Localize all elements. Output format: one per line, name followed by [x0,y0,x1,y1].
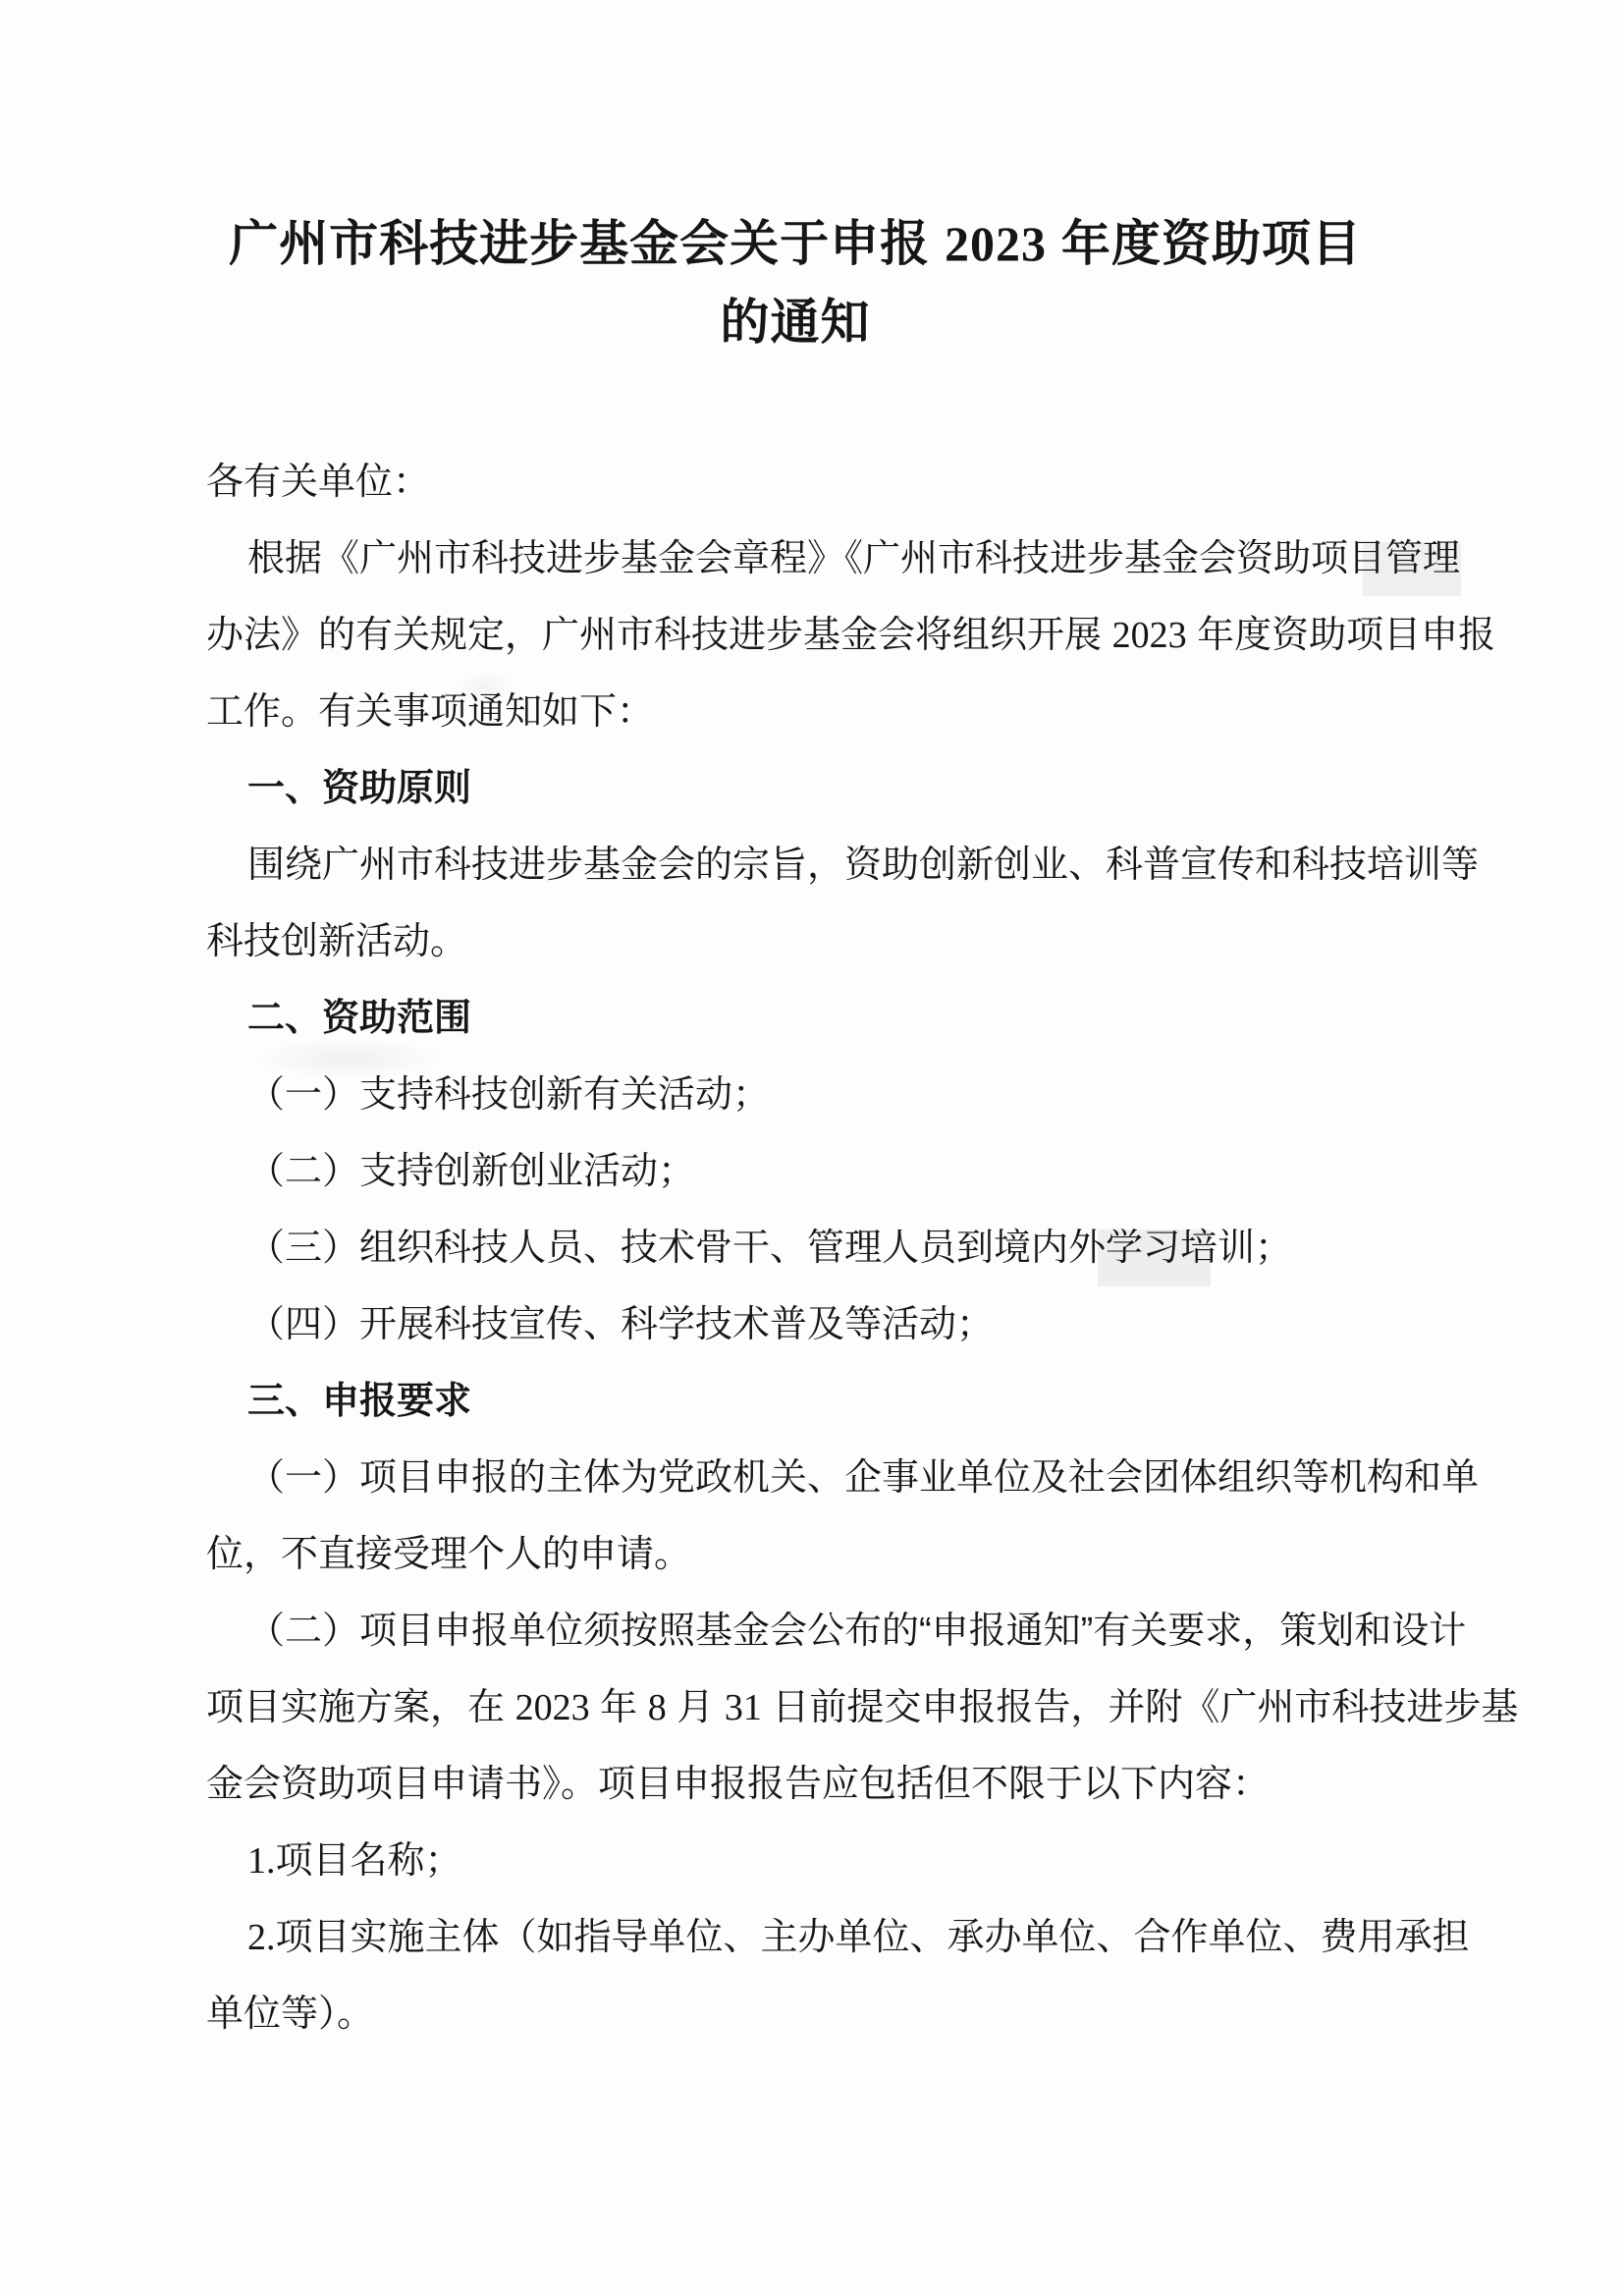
body-line: 根据《广州市科技进步基金会章程》《广州市科技进步基金会资助项目管理 [206,520,1473,597]
numbered-item: 2.项目实施主体（如指导单位、主办单位、承办单位、合作单位、费用承担 [206,1899,1473,1976]
body-line: 工作。有关事项通知如下： [206,674,1473,750]
body-line: 办法》的有关规定，广州市科技进步基金会将组织开展 2023 年度资助项目申报 [206,597,1473,674]
list-item: （一）项目申报的主体为党政机关、企事业单位及社会团体组织等机构和单 [206,1440,1473,1516]
body-line: 科技创新活动。 [206,903,1473,980]
numbered-item: 1.项目名称； [206,1823,1473,1899]
document-page: 广州市科技进步基金会关于申报 2023 年度资助项目 的通知 各有关单位： 根据… [0,0,1623,2296]
section-heading-1: 一、资助原则 [206,750,1473,827]
salutation: 各有关单位： [206,444,1473,520]
section-heading-2: 二、资助范围 [206,980,1473,1057]
section-heading-3: 三、申报要求 [206,1363,1473,1440]
document-title: 广州市科技进步基金会关于申报 2023 年度资助项目 的通知 [88,204,1502,361]
document-body: 各有关单位： 根据《广州市科技进步基金会章程》《广州市科技进步基金会资助项目管理… [206,444,1473,2052]
body-line: 单位等）。 [206,1976,1473,2052]
list-item: （三）组织科技人员、技术骨干、管理人员到境内外学习培训； [206,1210,1473,1286]
list-item: （二）项目申报单位须按照基金会公布的“申报通知”有关要求，策划和设计 [206,1593,1473,1669]
body-line: 位，不直接受理个人的申请。 [206,1516,1473,1593]
title-line-1: 广州市科技进步基金会关于申报 2023 年度资助项目 [88,204,1502,283]
title-line-2: 的通知 [88,283,1502,361]
body-line: 围绕广州市科技进步基金会的宗旨，资助创新创业、科普宣传和科技培训等 [206,827,1473,903]
list-item: （二）支持创新创业活动； [206,1133,1473,1210]
list-item: （四）开展科技宣传、科学技术普及等活动； [206,1286,1473,1363]
body-line: 金会资助项目申请书》。项目申报报告应包括但不限于以下内容： [206,1746,1473,1823]
body-line: 项目实施方案，在 2023 年 8 月 31 日前提交申报报告，并附《广州市科技… [206,1669,1473,1746]
list-item: （一）支持科技创新有关活动； [206,1057,1473,1133]
